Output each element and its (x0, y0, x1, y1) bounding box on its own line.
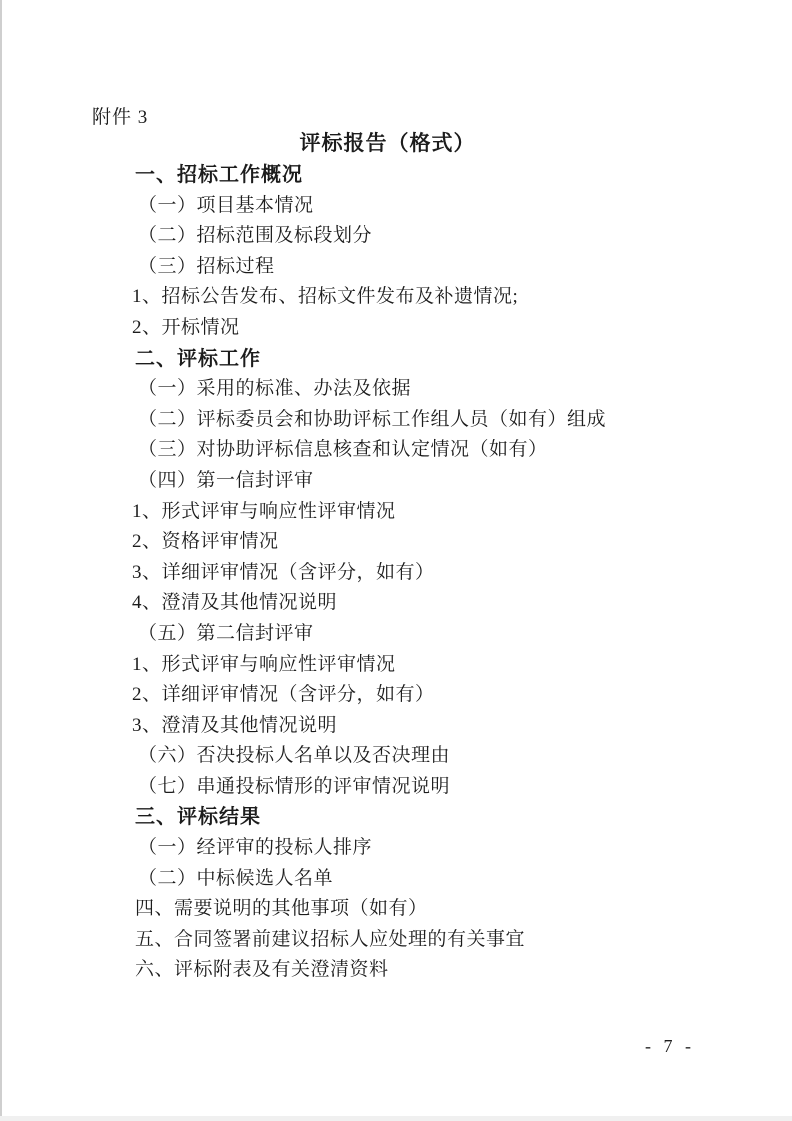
outline-line: （七）串通投标情形的评审情况说明 (0, 772, 792, 803)
outline-line: 3、详细评审情况（含评分，如有） (0, 558, 792, 589)
outline-line: （六）否决投标人名单以及否决理由 (0, 741, 792, 772)
outline-line: 1、招标公告发布、招标文件发布及补遗情况; (0, 282, 792, 313)
outline-line: 3、澄清及其他情况说明 (0, 711, 792, 742)
outline-line: 4、澄清及其他情况说明 (0, 588, 792, 619)
outline: 一、招标工作概况（一）项目基本情况（二）招标范围及标段划分（三）招标过程1、招标… (0, 160, 792, 986)
outline-line: （二）中标候选人名单 (0, 864, 792, 895)
outline-line: （一）采用的标准、办法及依据 (0, 374, 792, 405)
outline-line: 一、招标工作概况 (0, 160, 792, 191)
outline-line: 2、详细评审情况（含评分，如有） (0, 680, 792, 711)
document-title: 评标报告（格式） (0, 127, 792, 157)
outline-line: （一）项目基本情况 (0, 191, 792, 222)
outline-line: 2、开标情况 (0, 313, 792, 344)
outline-line: 三、评标结果 (0, 802, 792, 833)
scanned-document-page: 附件 3 评标报告（格式） 一、招标工作概况（一）项目基本情况（二）招标范围及标… (0, 0, 792, 1121)
outline-line: 四、需要说明的其他事项（如有） (0, 894, 792, 925)
outline-line: 1、形式评审与响应性评审情况 (0, 497, 792, 528)
page-number: - 7 - (645, 1036, 695, 1057)
outline-line: （四）第一信封评审 (0, 466, 792, 497)
outline-line: （二）招标范围及标段划分 (0, 221, 792, 252)
outline-line: （二）评标委员会和协助评标工作组人员（如有）组成 (0, 405, 792, 436)
outline-line: （三）招标过程 (0, 252, 792, 283)
scan-edge-bottom (0, 1116, 792, 1121)
outline-line: 1、形式评审与响应性评审情况 (0, 650, 792, 681)
outline-line: 二、评标工作 (0, 344, 792, 375)
outline-line: 五、合同签署前建议招标人应处理的有关事宜 (0, 925, 792, 956)
outline-line: （五）第二信封评审 (0, 619, 792, 650)
outline-line: （一）经评审的投标人排序 (0, 833, 792, 864)
attachment-label: 附件 3 (92, 102, 148, 129)
outline-line: 2、资格评审情况 (0, 527, 792, 558)
outline-line: （三）对协助评标信息核查和认定情况（如有） (0, 435, 792, 466)
outline-line: 六、评标附表及有关澄清资料 (0, 955, 792, 986)
